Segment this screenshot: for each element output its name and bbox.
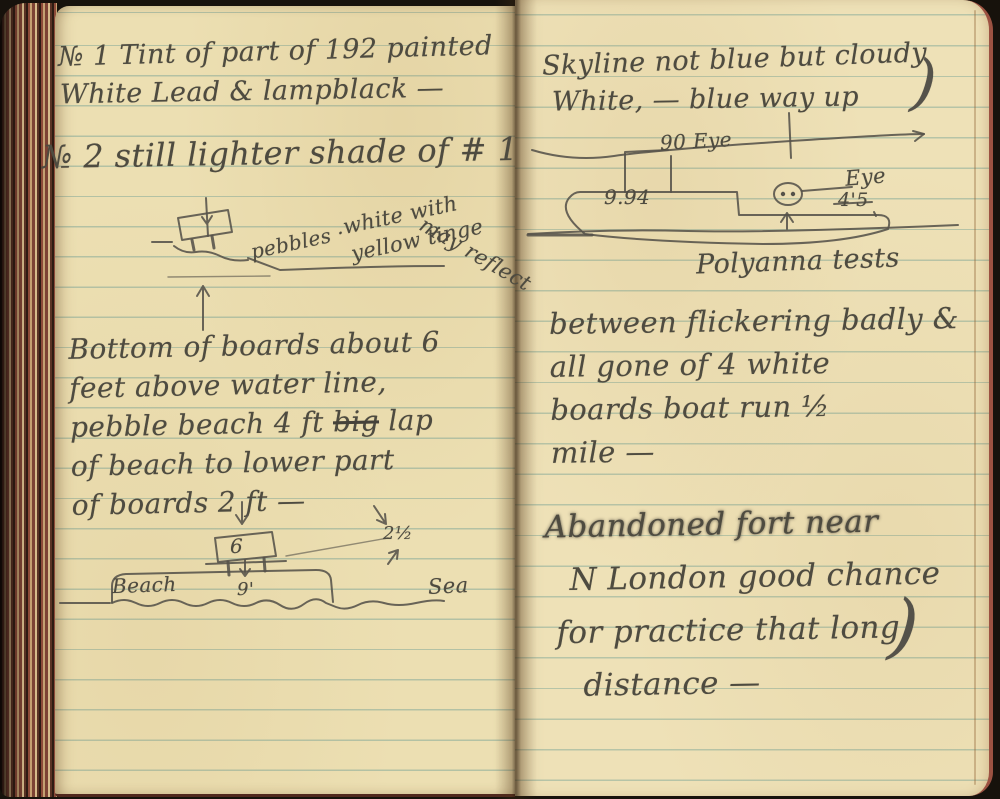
beach-label: Beach xyxy=(112,572,177,598)
fort-line2: N London good chance xyxy=(569,548,941,607)
flickering-line3: boards boat run ½ xyxy=(550,383,960,432)
note-flickering-paragraph: between flickering badly & all gone of 4… xyxy=(549,297,961,475)
drop-up-arrow xyxy=(388,550,398,564)
flickering-line1: between flickering badly & xyxy=(549,297,959,346)
drop-height-label: 2½ xyxy=(383,523,413,544)
house-box xyxy=(215,532,276,562)
sea-wavy-line xyxy=(112,599,444,609)
sight-guide-line xyxy=(286,538,388,556)
eye-label: Eye xyxy=(844,163,887,190)
flourish-arrowhead xyxy=(913,131,924,141)
beach-profile-sketch xyxy=(58,500,504,618)
slope-line xyxy=(248,258,444,270)
board-box xyxy=(178,210,232,240)
boards-line4: of beach to lower part xyxy=(70,439,442,486)
up-arrow xyxy=(197,286,209,330)
note-boards-paragraph: Bottom of boards about 6 feet above wate… xyxy=(68,322,444,525)
notebook: № 1 Tint of part of 192 painted White Le… xyxy=(0,0,1000,799)
struck-word: big xyxy=(333,404,380,438)
under-line xyxy=(168,276,270,277)
beach-width-label: 9' xyxy=(237,579,254,600)
fort-line1: Abandoned fort near xyxy=(544,495,940,555)
eye-dot-right xyxy=(791,192,795,196)
page-edge-stack xyxy=(0,3,57,797)
sea-label: Sea xyxy=(427,573,469,599)
sea-line xyxy=(528,225,958,234)
drop-down-arrow xyxy=(374,506,386,524)
flickering-line4: mile — xyxy=(551,426,961,475)
mast-eye-label: 90 Eye xyxy=(659,127,732,155)
box-arrow xyxy=(202,198,212,236)
fort-line3: for practice that long xyxy=(556,601,942,661)
right-page-edge-crease xyxy=(974,10,976,785)
flickering-line2: all gone of 4 white xyxy=(549,340,959,389)
pebble-squiggle xyxy=(174,246,248,261)
hull-measure-label: 9.94 xyxy=(604,185,650,209)
note-fort-paragraph: Abandoned fort near N London good chance… xyxy=(544,495,943,714)
down-arrow xyxy=(236,502,248,524)
eye-circle xyxy=(774,183,802,205)
eye-height-label: 4'5 xyxy=(838,189,869,211)
eye-dot-left xyxy=(781,192,785,196)
box-height-label: 6 xyxy=(230,534,243,558)
